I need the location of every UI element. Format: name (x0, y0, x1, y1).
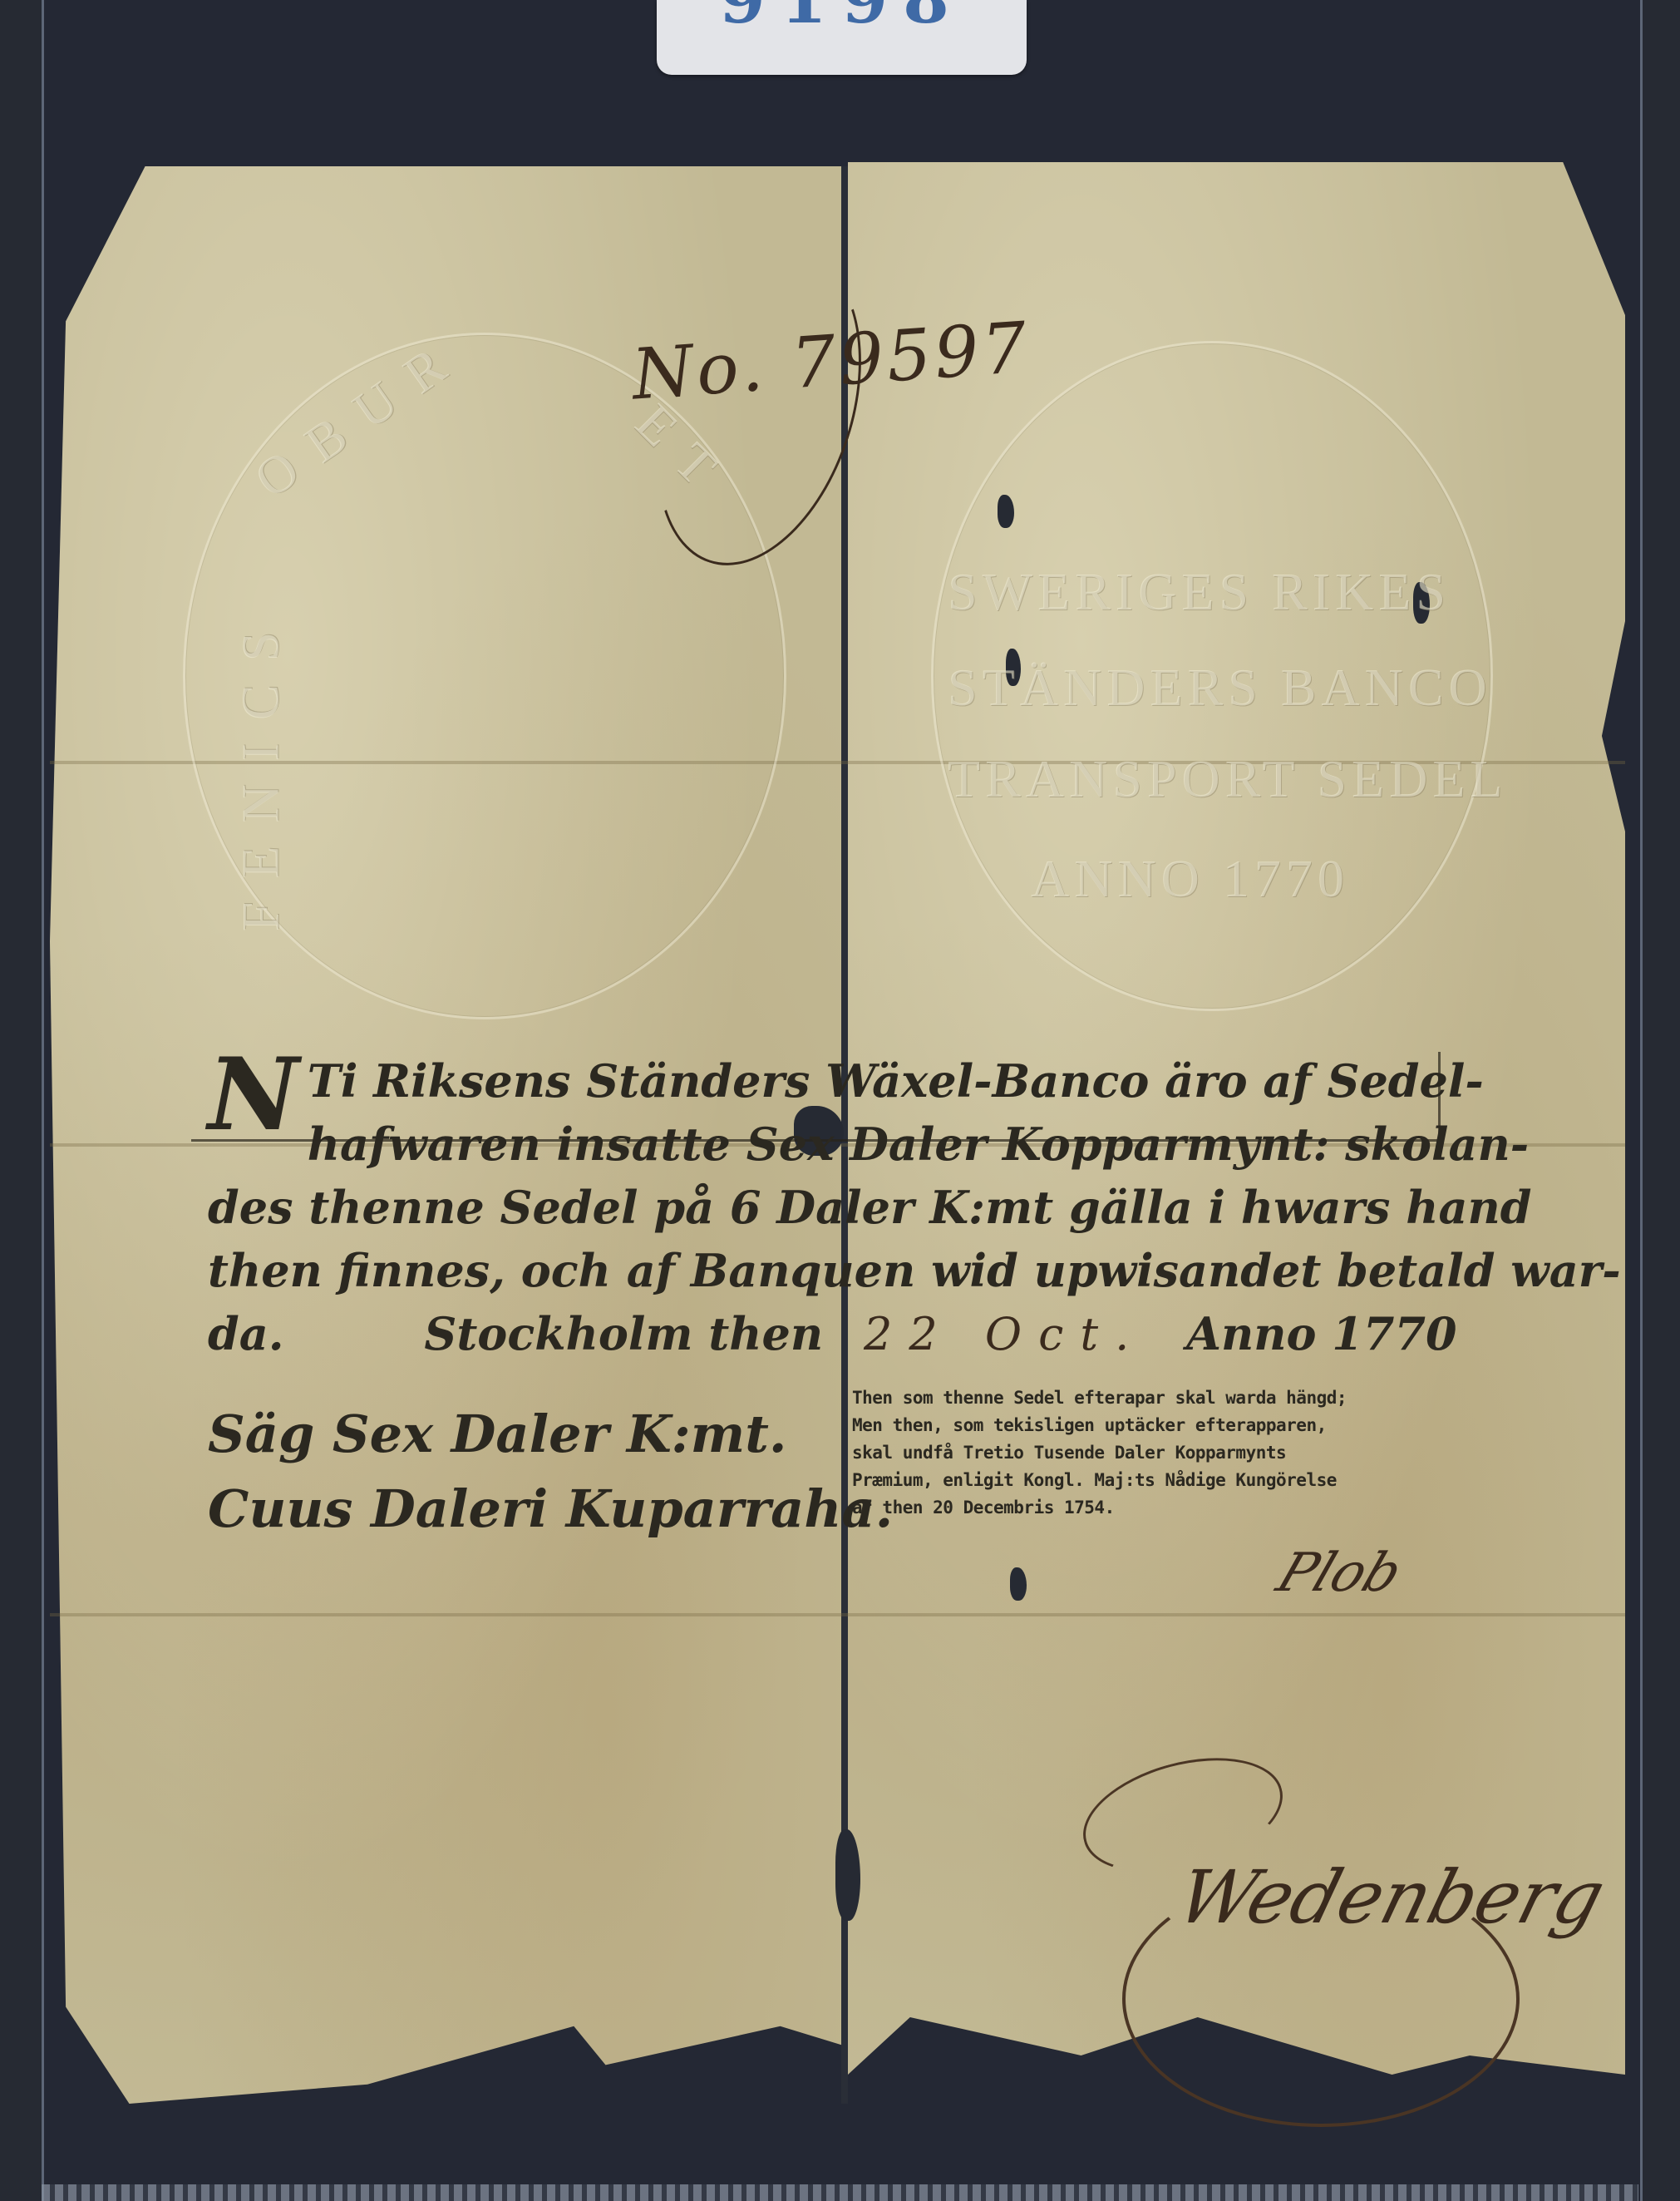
handwritten-date: 22 Oct. (864, 1308, 1145, 1360)
horizontal-fold (50, 1613, 1625, 1616)
value-text-block: Säg Sex Daler K:mt. Cuus Daleri Kuparrah… (208, 1397, 893, 1547)
main-text-last-line: da. Stockholm then 22 Oct. Anno 1770 (208, 1302, 1438, 1366)
main-text-block: N Ti Riksens Ständers Wäxel-Banco äro af… (208, 1049, 1438, 1366)
value-finnish: Cuus Daleri Kuparraha. (208, 1472, 893, 1547)
embossed-text-right: ANNO 1770 (1031, 848, 1349, 910)
signature-lower: Wedenberg (1169, 1854, 1613, 1940)
issue-year: Anno 1770 (1186, 1307, 1457, 1360)
main-text-line: hafwaren insatte Sex Daler Kopparmynt: s… (208, 1113, 1438, 1176)
counterfeit-warning: Then som thenne Sedel efterapar skal war… (852, 1384, 1434, 1522)
issue-place: Stockholm then (424, 1307, 823, 1360)
signature-upper: Plob (1269, 1542, 1411, 1604)
sleeve-seal-edge (42, 2184, 1638, 2201)
main-text-line: Ti Riksens Ständers Wäxel-Banco äro af S… (208, 1049, 1438, 1113)
main-text-line: then finnes, och af Banquen wid upwisand… (208, 1239, 1438, 1302)
main-text-line: des thenne Sedel på 6 Daler K:mt gälla i… (208, 1176, 1438, 1239)
warning-line: skal undfå Tretio Tusende Daler Kopparmy… (852, 1439, 1434, 1467)
warning-line: Men then, som tekisligen uptäcker eftera… (852, 1412, 1434, 1439)
text-da: da. (208, 1307, 284, 1360)
embossed-text-left: F E N I C S (229, 627, 291, 932)
holder-label-text: 9198 (657, 0, 1027, 38)
value-swedish: Säg Sex Daler K:mt. (208, 1397, 893, 1472)
embossed-text-right: TRANSPORT SEDEL (948, 748, 1508, 810)
warning-line: Then som thenne Sedel efterapar skal war… (852, 1384, 1434, 1412)
holder-label: 9198 (657, 0, 1027, 75)
warning-line: af then 20 Decembris 1754. (852, 1494, 1434, 1522)
decorated-initial: N (208, 1049, 299, 1141)
embossed-text-right: SWERIGES RIKES (948, 561, 1451, 623)
embossed-text-right: STÄNDERS BANCO (948, 657, 1492, 718)
warning-line: Præmium, enligit Kongl. Maj:ts Nådige Ku… (852, 1467, 1434, 1494)
paper-hole (1010, 1567, 1027, 1601)
